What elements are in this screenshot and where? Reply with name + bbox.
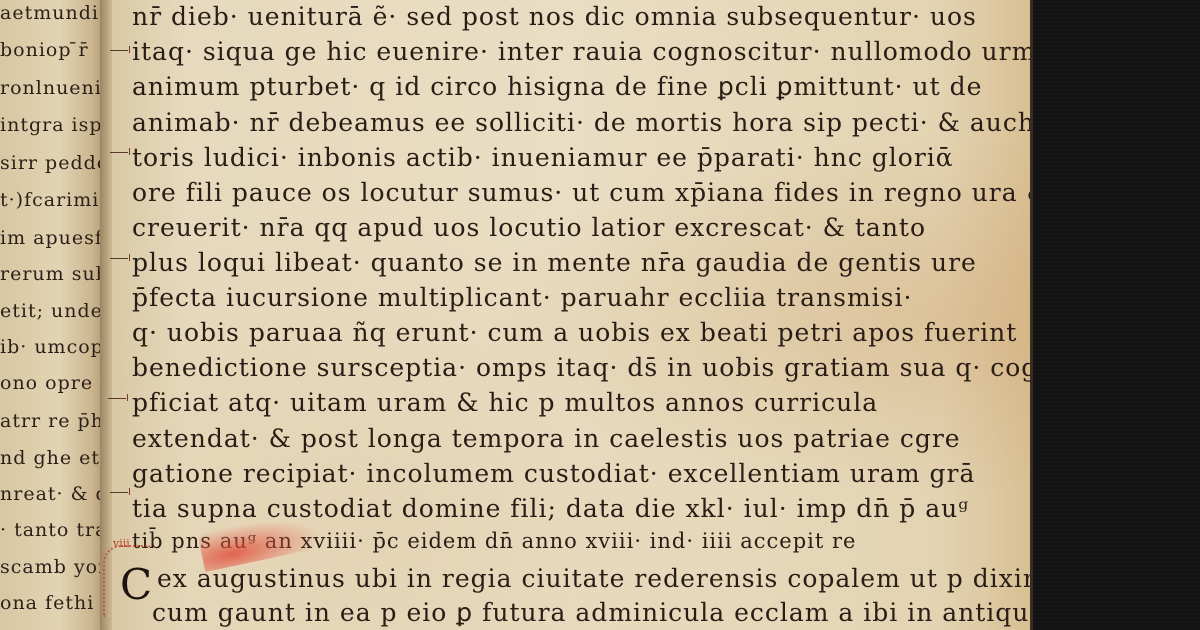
left-text-line: atrr re p̄hic: [0, 410, 108, 432]
text-line: toris ludici· inbonis actib· inueniamur …: [132, 143, 954, 172]
text-line: animab· nr̄ debeamus ee solliciti· de mo…: [132, 108, 1033, 137]
margin-marker: [110, 258, 128, 259]
left-text-line: scamb yon: [0, 556, 108, 578]
left-text-line: etit; undefac: [0, 300, 108, 322]
left-page-fragment: aetmundigna boniop ̄r̄ ronlnuenir intgra…: [0, 0, 108, 630]
text-line: ex augustinus ubi in regia ciuitate rede…: [157, 564, 1033, 593]
text-line: ore fili pauce os locutur sumus· ut cum …: [132, 178, 1033, 207]
left-text-line: t·)fcarimi: [0, 189, 99, 211]
left-text-line: ono opre esip: [0, 372, 108, 394]
text-line: itaq· siqua ge hic euenire· inter rauia …: [132, 37, 1033, 66]
text-line: cum gaunt in ea p eio ꝑ futura adminicul…: [152, 598, 1033, 627]
left-text-line: im apuesfri: [0, 227, 108, 249]
left-text-line: rerum subdid: [0, 263, 108, 285]
left-text-line: aetmundigna: [0, 2, 108, 24]
margin-marker: [110, 492, 128, 493]
text-line: p̄fecta iucursione multiplicant· paruahr…: [132, 283, 912, 312]
left-text-line: boniop ̄r̄: [0, 39, 89, 61]
text-line: creuerit· nr̄a qq apud uos locutio latio…: [132, 213, 926, 242]
left-text-line: ona fethi: [0, 592, 94, 614]
margin-marker: [110, 50, 128, 51]
left-text-line: ronlnuenir: [0, 77, 108, 99]
margin-marker: [108, 398, 126, 399]
text-line: nr̄ dieb· ueniturā ẽ· sed post nos dic o…: [132, 2, 977, 31]
rubric-numeral: viii: [113, 537, 130, 550]
left-text-line: intgra ispe: [0, 114, 108, 136]
text-line: gatione recipiat· incolumem custodiat· e…: [132, 459, 975, 488]
text-line: q· uobis paruaa ñq erunt· cum a uobis ex…: [132, 318, 1017, 347]
dark-background: [1033, 0, 1200, 630]
text-line: animum pturbet· q id circo hisigna de fi…: [132, 72, 982, 101]
left-text-line: nd ghe etcani: [0, 447, 108, 469]
margin-marker: [110, 152, 128, 153]
text-line: pficiat atq· uitam uram & hic p multos a…: [132, 388, 878, 417]
left-text-line: nreat· & quan: [0, 483, 108, 505]
text-line: tia supna custodiat domine fili; data di…: [132, 494, 969, 523]
left-text-line: ib· umcopit: [0, 336, 108, 358]
left-text-line: sirr peddet: [0, 152, 108, 174]
text-line: benedictione sursceptia· omps itaq· ds̄ …: [132, 353, 1033, 382]
text-line: plus loqui libeat· quanto se in mente nr…: [132, 248, 977, 277]
initial-letter: C: [120, 560, 152, 609]
left-text-line: · tanto tra de: [0, 519, 108, 541]
text-line: extendat· & post longa tempora in caeles…: [132, 424, 961, 453]
